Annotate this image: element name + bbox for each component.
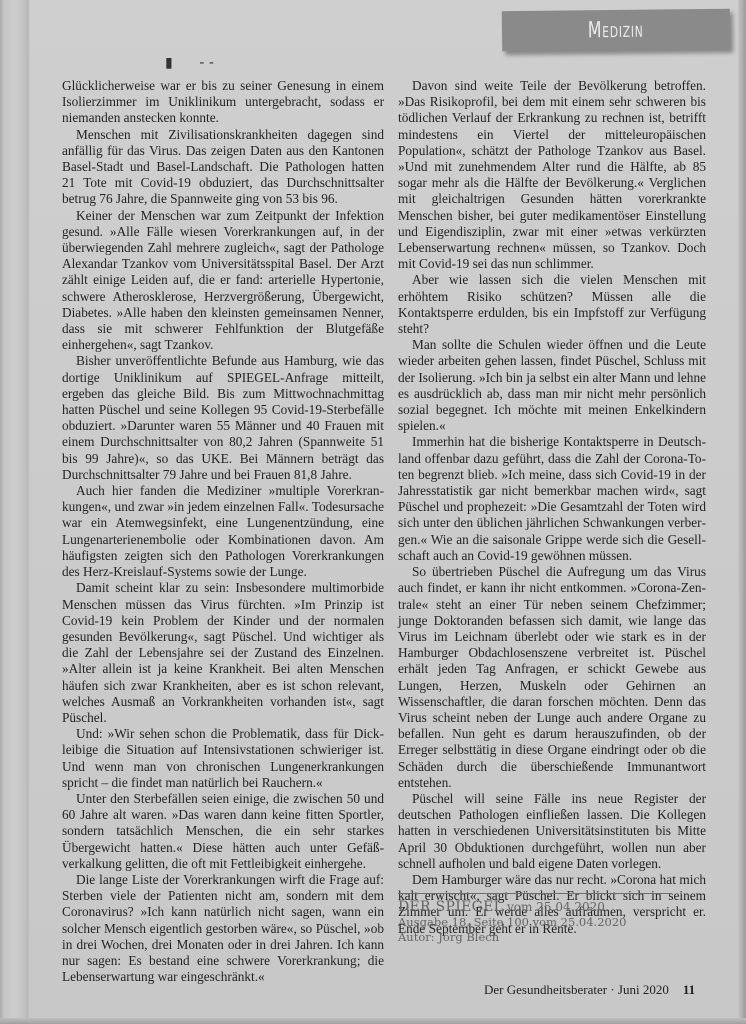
source-citation: DER SPIEGEL vom 25.04.2020 Ausgabe 18, S… xyxy=(398,893,672,945)
paragraph: Man sollte die Schulen wieder öffnen und… xyxy=(398,337,706,434)
source-author: Autor: Jörg Blech xyxy=(398,930,672,945)
paragraph: Aber wie lassen sich die vielen Menschen… xyxy=(398,272,706,337)
paragraph: Und: »Wir sehen schon die Problematik, d… xyxy=(62,726,384,791)
paragraph: Die lange Liste der Vorerkrankungen wirf… xyxy=(62,872,384,985)
page-footer: Der Gesundheitsberater · Juni 2020 11 xyxy=(484,982,695,998)
paragraph: Auch hier fanden die Mediziner »multiple… xyxy=(62,483,384,580)
paragraph: Bisher unveröffentlichte Befunde aus Ham… xyxy=(62,353,384,483)
page-number: 11 xyxy=(683,982,695,998)
magazine-date: vom 25.04.2020 xyxy=(507,900,605,914)
source-issue: Ausgabe 18, Seite 100 vom 25.04.2020 xyxy=(398,915,672,930)
paragraph: Damit scheint klar zu sein: Insbesondere… xyxy=(62,580,384,726)
source-magazine-line: DER SPIEGEL vom 25.04.2020 xyxy=(398,900,672,915)
paragraph: Immerhin hat die bisherige Kontaktsperre… xyxy=(398,434,706,564)
paragraph: Keiner der Menschen war zum Zeitpunkt de… xyxy=(62,208,384,354)
page-spine-shadow xyxy=(0,0,30,1024)
publication-name: Der Gesundheitsberater · Juni 2020 xyxy=(484,982,669,998)
magazine-name: DER SPIEGEL xyxy=(398,899,503,915)
article-column-left: Glücklicherweise war er bis zu seiner Ge… xyxy=(62,78,384,985)
paragraph: Unter den Sterbefällen seien einige, die… xyxy=(62,791,384,872)
scan-specks: ▮ - - xyxy=(165,55,214,71)
paragraph: Davon sind weite Teile der Bevölkerung b… xyxy=(398,78,706,272)
paragraph: Glücklicherweise war er bis zu seiner Ge… xyxy=(62,78,384,127)
page-right-edge xyxy=(738,0,746,1024)
paragraph: Püschel will seine Fälle ins neue Regist… xyxy=(398,791,706,872)
section-tab: Medizin xyxy=(502,9,730,51)
page-bottom-edge xyxy=(0,1018,746,1024)
scanned-page: ▮ - - Medizin Glücklicherweise war er bi… xyxy=(0,0,746,1024)
section-label: Medizin xyxy=(588,17,644,43)
paragraph: So übertrieben Püschel die Aufregung um … xyxy=(398,564,706,791)
article-column-right: Davon sind weite Teile der Bevölkerung b… xyxy=(398,78,706,937)
paragraph: Menschen mit Zivilisationskrankheiten da… xyxy=(62,127,384,208)
